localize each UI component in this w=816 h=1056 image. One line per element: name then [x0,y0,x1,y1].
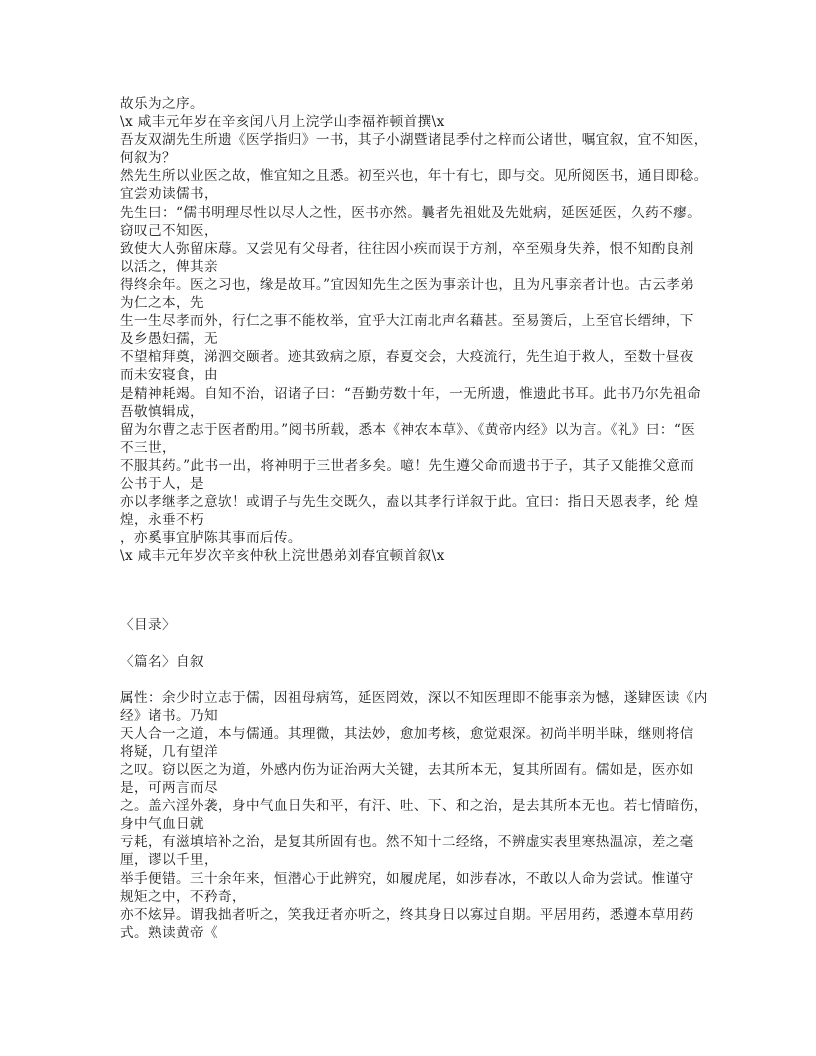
text-line: 生一生尽孝而外，行仁之事不能枚举，宜乎大江南北声名藉甚。至易箦后，上至官长缙绅，… [120,312,700,330]
text-line: 天人合一之道，本与儒通。其理微，其法妙，愈加考核，愈觉艰深。初尚半明半昧，继则将… [120,725,700,743]
text-line: 不服其药。”此书一出，将神明于三世者多矣。噫！先生遵父命而遗书于子，其子又能推父… [120,457,700,475]
text-line: 为仁之本，先 [120,294,700,312]
text-line: 之。盖六淫外袭，身中气血日失和平，有汗、吐、下、和之治，是去其所本无也。若七情暗… [120,797,700,815]
signature-line: \x 咸丰元年岁在辛亥闰八月上浣学山李福祚顿首撰\x [120,113,700,131]
text-line: 亦不炫异。谓我拙者听之，笑我迂者亦听之，终其身日以寡过自期。平居用药，悉遵本草用… [120,906,700,924]
section-gap [120,671,700,689]
text-line: 厘，谬以千里， [120,851,700,869]
text-line: 举手便错。三十余年来，恒潜心于此辨究，如履虎尾，如涉春冰，不敢以人命为尝试。惟谨… [120,870,700,888]
text-line: 然先生所以业医之故，惟宜知之且悉。初至兴也，年十有七，即与交。见所阅医书，通目即… [120,167,700,185]
text-line: 式。熟读黄帝《 [120,924,700,942]
chapter-heading: 〈篇名〉自叙 [120,653,700,671]
section-gap [120,635,700,653]
text-line: 是精神耗竭。自知不治，诏诸子曰：“吾勤劳数十年，一无所遗，惟遗此书耳。此书乃尔先… [120,385,700,403]
text-line: 以活之，俾其亲 [120,258,700,276]
text-line: 是，可两言而尽 [120,779,700,797]
text-line: 亏耗，有滋填培补之治，是复其所固有也。然不知十二经络，不辨虚实表里寒热温凉，差之… [120,833,700,851]
text-line: 得终余年。医之习也，缘是故耳。”宜因知先生之医为事亲计也，且为凡事亲者计也。古云… [120,276,700,294]
signature-line: \x 咸丰元年岁次辛亥仲秋上浣世愚弟刘春宜顿首叙\x [120,547,700,565]
text-line: 身中气血日就 [120,815,700,833]
toc-heading: 〈目录〉 [120,616,700,634]
text-line: 规矩之中，不矜奇， [120,888,700,906]
document-page: 故乐为之序。 \x 咸丰元年岁在辛亥闰八月上浣学山李福祚顿首撰\x 吾友双湖先生… [120,95,700,942]
text-line: 将疑，几有望洋 [120,743,700,761]
text-line: 公书于人，是 [120,475,700,493]
text-line: 先生曰：“儒书明理尽性以尽人之性，医书亦然。曩者先祖妣及先妣病，延医延医，久药不… [120,204,700,222]
text-line: 之叹。窃以医之为道，外感内伤为证治两大关键，去其所本无，复其所固有。儒如是，医亦… [120,761,700,779]
section-gap [120,565,700,616]
text-line: 何叙为？ [120,149,700,167]
preface-section: 故乐为之序。 \x 咸丰元年岁在辛亥闰八月上浣学山李福祚顿首撰\x 吾友双湖先生… [120,95,700,565]
text-line: 不三世， [120,439,700,457]
text-line: 及乡愚妇孺，无 [120,330,700,348]
text-line: 经》诸书。乃知 [120,707,700,725]
text-line: 吾敬慎辑成， [120,403,700,421]
text-line: ，亦奚事宜胪陈其事而后传。 [120,529,700,547]
text-line: 故乐为之序。 [120,95,700,113]
text-line: 窃叹己不知医， [120,222,700,240]
text-line: 煌，永垂不朽 [120,511,700,529]
text-line: 留为尔曹之志于医者酌用。”阅书所载，悉本《神农本草》、《黄帝内经》以为言。《礼》… [120,421,700,439]
text-line: 不望棺拜奠，涕泗交颐者。迹其致病之原，春夏交会，大疫流行，先生迫于救人，至数十昼… [120,348,700,366]
text-line: 而未安寝食，由 [120,366,700,384]
text-line: 亦以孝继孝之意欤！或谓子与先生交既久，盍以其孝行详叙于此。宜曰：指日天恩表孝，纶… [120,493,700,511]
text-line: 属性：余少时立志于儒，因祖母病笃，延医罔效，深以不知医理即不能事亲为憾，遂肄医读… [120,689,700,707]
text-line: 致使大人弥留床蓐。又尝见有父母者，往往因小疾而误于方剂，卒至殒身失养，恨不知酌良… [120,240,700,258]
text-line: 吾友双湖先生所遗《医学指归》一书，其子小湖暨诸昆季付之梓而公诸世，嘱宜叙，宜不知… [120,131,700,149]
text-line: 宜尝劝读儒书， [120,185,700,203]
self-preface-section: 属性：余少时立志于儒，因祖母病笃，延医罔效，深以不知医理即不能事亲为憾，遂肄医读… [120,689,700,942]
